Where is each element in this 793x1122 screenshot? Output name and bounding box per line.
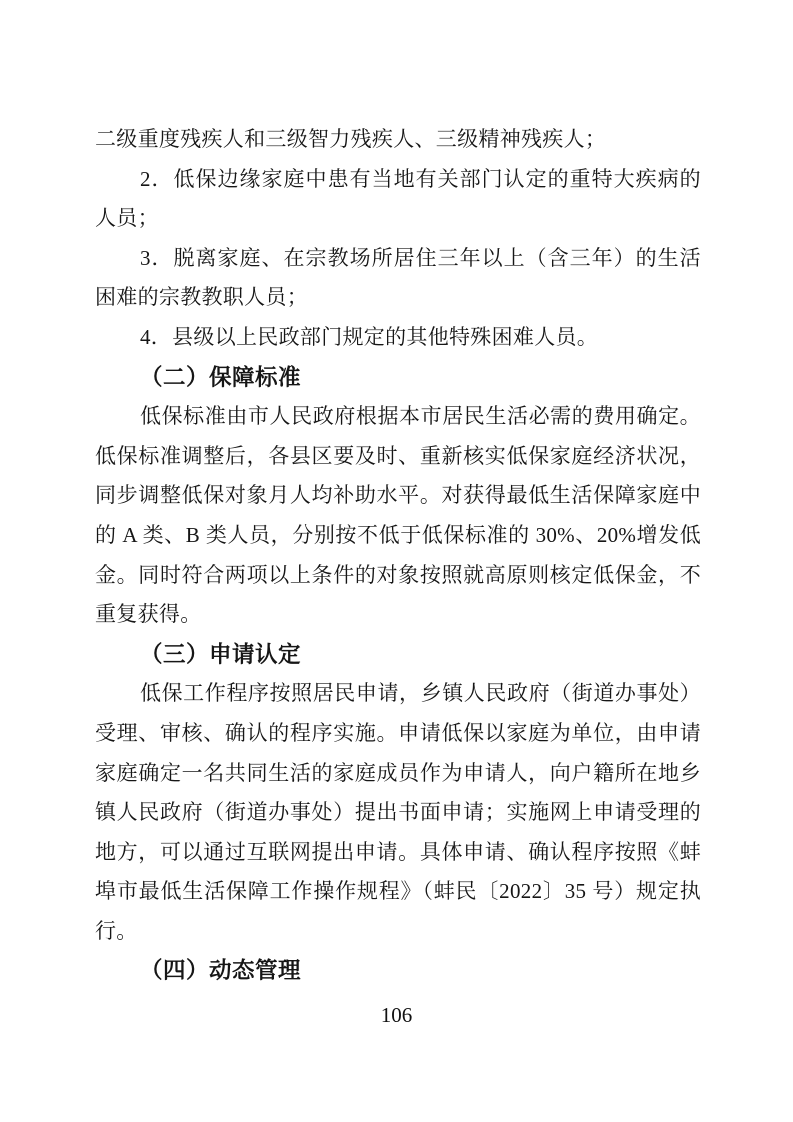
body-line: 二级重度残疾人和三级智力残疾人、三级精神残疾人； <box>95 120 701 160</box>
body-line: 埠市最低生活保障工作操作规程》（蚌民〔2022〕35 号）规定执 <box>95 872 701 912</box>
list-item-4: 4．县级以上民政部门规定的其他特殊困难人员。 <box>95 318 701 358</box>
body-line: 家庭确定一名共同生活的家庭成员作为申请人，向户籍所在地乡 <box>95 754 701 794</box>
body-line: 低保标准调整后，各县区要及时、重新核实低保家庭经济状况， <box>95 437 701 477</box>
body-line: 镇人民政府（街道办事处）提出书面申请；实施网上申请受理的 <box>95 793 701 833</box>
body-line: 的 A 类、B 类人员，分别按不低于低保标准的 30%、20%增发低保 <box>95 516 701 556</box>
section-heading-guarantee-standard: （二）保障标准 <box>95 358 701 398</box>
body-line: 低保工作程序按照居民申请，乡镇人民政府（街道办事处） <box>95 674 701 714</box>
body-line: 低保标准由市人民政府根据本市居民生活必需的费用确定。 <box>95 397 701 437</box>
list-item-3: 3．脱离家庭、在宗教场所居住三年以上（含三年）的生活 <box>95 239 701 279</box>
body-line: 同步调整低保对象月人均补助水平。对获得最低生活保障家庭中 <box>95 476 701 516</box>
body-line: 地方，可以通过互联网提出申请。具体申请、确认程序按照《蚌 <box>95 833 701 873</box>
body-line: 重复获得。 <box>95 595 701 635</box>
body-line: 金。同时符合两项以上条件的对象按照就高原则核定低保金，不 <box>95 556 701 596</box>
body-line: 人员； <box>95 199 701 239</box>
page-number: 106 <box>0 1000 793 1030</box>
body-line: 受理、审核、确认的程序实施。申请低保以家庭为单位，由申请 <box>95 714 701 754</box>
list-item-2: 2．低保边缘家庭中患有当地有关部门认定的重特大疾病的 <box>95 160 701 200</box>
body-line: 行。 <box>95 912 701 952</box>
section-heading-application-determination: （三）申请认定 <box>95 635 701 675</box>
body-line: 困难的宗教教职人员； <box>95 278 701 318</box>
document-page-body: 二级重度残疾人和三级智力残疾人、三级精神残疾人； 2．低保边缘家庭中患有当地有关… <box>95 120 701 991</box>
section-heading-dynamic-management: （四）动态管理 <box>95 951 701 991</box>
